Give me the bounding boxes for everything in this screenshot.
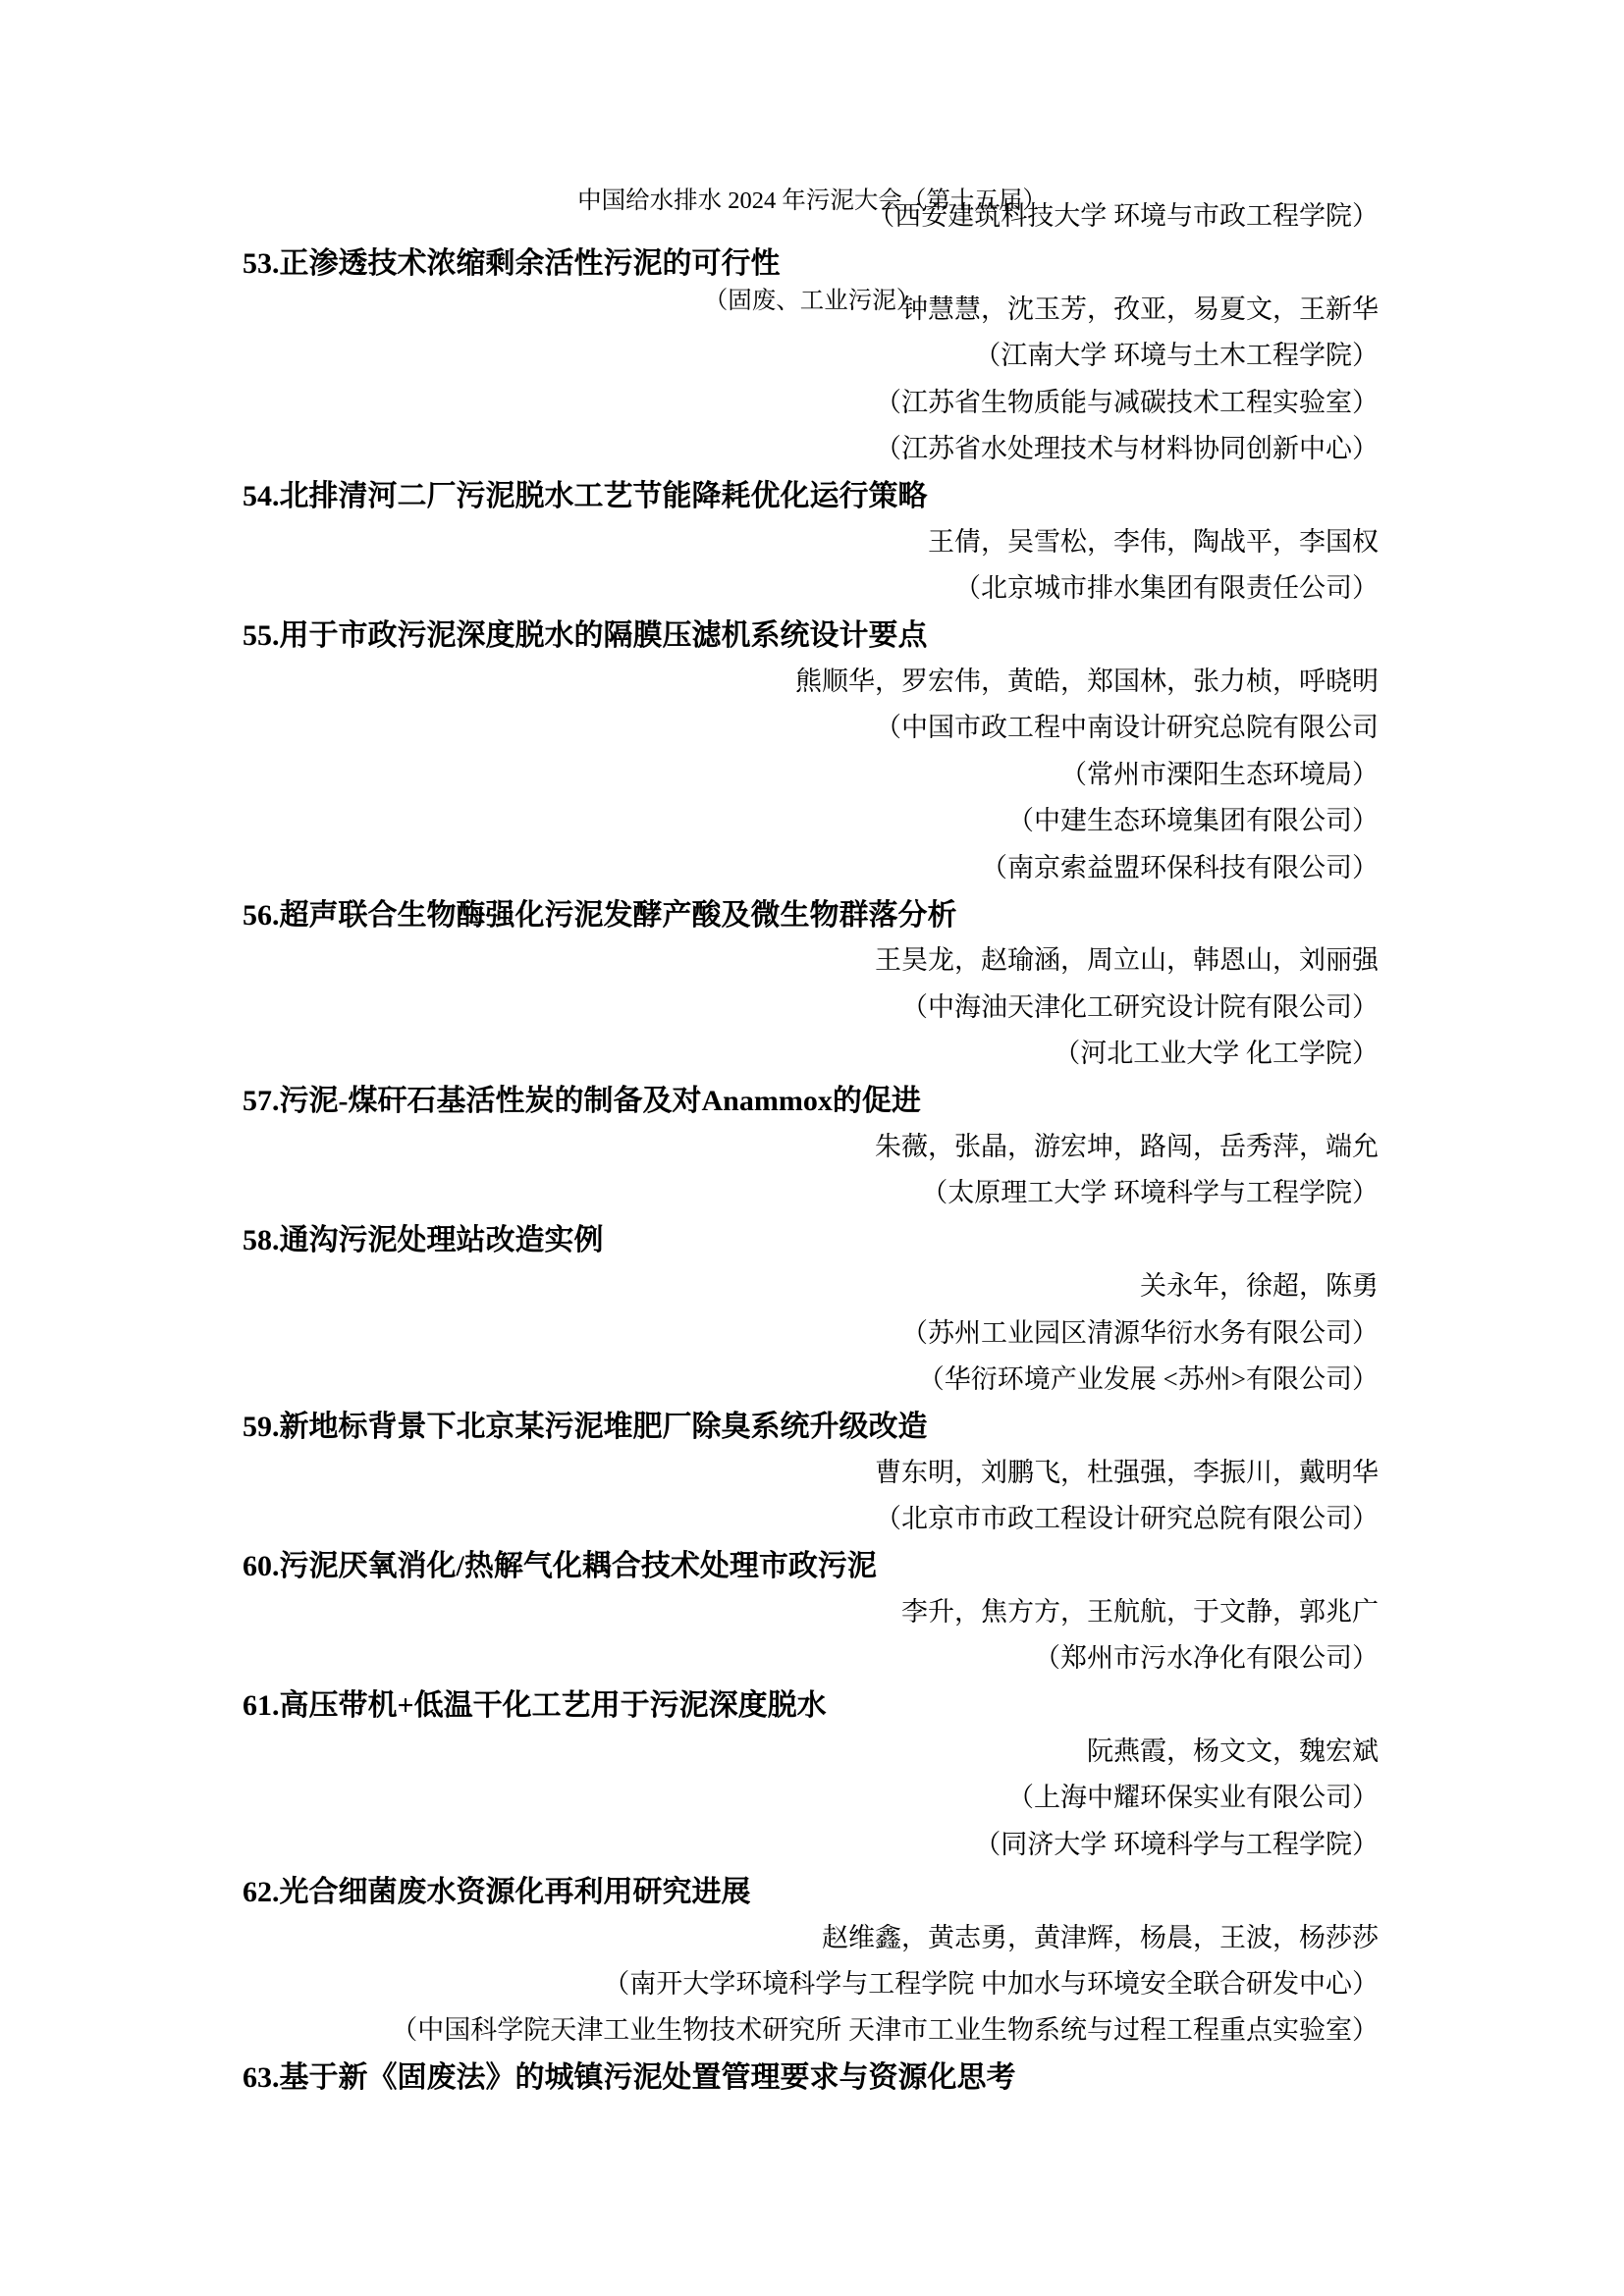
paper-affiliation-55-2: （常州市溧阳生态环境局）: [243, 749, 1379, 795]
paper-authors-54: 王倩，吴雪松，李伟，陶战平，李国权: [243, 516, 1379, 562]
paper-affiliation-53-2: （江苏省生物质能与减碳技术工程实验室）: [243, 377, 1379, 423]
paper-affiliation-55-1: （中国市政工程中南设计研究总院有限公司: [243, 702, 1379, 748]
paper-title-57: 57.污泥-煤矸石基活性炭的制备及对Anammox的促进: [243, 1074, 1379, 1120]
paper-title-55: 55.用于市政污泥深度脱水的隔膜压滤机系统设计要点: [243, 610, 1379, 656]
paper-title-60: 60.污泥厌氧消化/热解气化耦合技术处理市政污泥: [243, 1539, 1379, 1585]
paper-affiliation-55-3: （中建生态环境集团有限公司）: [243, 795, 1379, 841]
paper-authors-61: 阮燕霞，杨文文，魏宏斌: [243, 1726, 1379, 1772]
paper-authors-57: 朱薇，张晶，游宏坤，路闯，岳秀萍，端允: [243, 1121, 1379, 1167]
paper-affiliation-57-1: （太原理工大学 环境科学与工程学院）: [243, 1167, 1379, 1213]
paper-affiliation-58-1: （苏州工业园区清源华衍水务有限公司）: [243, 1307, 1379, 1353]
paper-list: （西安建筑科技大学 环境与市政工程学院） 53.正渗透技术浓缩剩余活性污泥的可行…: [243, 190, 1379, 2098]
paper-title-59: 59.新地标背景下北京某污泥堆肥厂除臭系统升级改造: [243, 1400, 1379, 1446]
paper-affiliation-59-1: （北京市市政工程设计研究总院有限公司）: [243, 1493, 1379, 1539]
paper-affiliation-62-1: （南开大学环境科学与工程学院 中加水与环境安全联合研发中心）: [243, 1958, 1379, 2004]
paper-authors-55: 熊顺华，罗宏伟，黄皓，郑国林，张力桢，呼晓明: [243, 656, 1379, 702]
document-page: 中国给水排水 2024 年污泥大会（第十五届） （固废、工业污泥） （西安建筑科…: [0, 0, 1624, 2296]
paper-authors-62: 赵维鑫，黄志勇，黄津辉，杨晨，王波，杨莎莎: [243, 1911, 1379, 1957]
paper-authors-59: 曹东明，刘鹏飞，杜强强，李振川，戴明华: [243, 1447, 1379, 1493]
paper-affiliation-54-1: （北京城市排水集团有限责任公司）: [243, 562, 1379, 609]
paper-affiliation-56-2: （河北工业大学 化工学院）: [243, 1028, 1379, 1074]
paper-affiliation-53-1: （江南大学 环境与土木工程学院）: [243, 330, 1379, 376]
paper-affiliation-62-2: （中国科学院天津工业生物技术研究所 天津市工业生物系统与过程工程重点实验室）: [243, 2004, 1379, 2051]
paper-authors-53: 钟慧慧，沈玉芳，孜亚，易夏文，王新华: [243, 284, 1379, 330]
paper-title-61: 61.高压带机+低温干化工艺用于污泥深度脱水: [243, 1680, 1379, 1726]
paper-title-56: 56.超声联合生物酶强化污泥发酵产酸及微生物群落分析: [243, 888, 1379, 934]
paper-affiliation-58-2: （华衍环境产业发展 <苏州>有限公司）: [243, 1354, 1379, 1400]
paper-affiliation-55-4: （南京索益盟环保科技有限公司）: [243, 841, 1379, 887]
paper-title-62: 62.光合细菌废水资源化再利用研究进展: [243, 1865, 1379, 1911]
paper-affiliation-60-1: （郑州市污水净化有限公司）: [243, 1632, 1379, 1679]
paper-title-58: 58.通沟污泥处理站改造实例: [243, 1214, 1379, 1260]
paper-authors-60: 李升，焦方方，王航航，于文静，郭兆广: [243, 1586, 1379, 1632]
paper-title-54: 54.北排清河二厂污泥脱水工艺节能降耗优化运行策略: [243, 469, 1379, 515]
paper-authors-56: 王昊龙，赵瑜涵，周立山，韩恩山，刘丽强: [243, 934, 1379, 981]
paper-affiliation-53-3: （江苏省水处理技术与材料协同创新中心）: [243, 423, 1379, 469]
paper-affiliation-61-1: （上海中耀环保实业有限公司）: [243, 1772, 1379, 1818]
paper-affiliation-61-2: （同济大学 环境科学与工程学院）: [243, 1819, 1379, 1865]
paper-affiliation-56-1: （中海油天津化工研究设计院有限公司）: [243, 982, 1379, 1028]
paper-title-53: 53.正渗透技术浓缩剩余活性污泥的可行性: [243, 237, 1379, 283]
carryover-affiliation: （西安建筑科技大学 环境与市政工程学院）: [243, 190, 1379, 237]
paper-authors-58: 关永年，徐超，陈勇: [243, 1260, 1379, 1307]
paper-title-63: 63.基于新《固废法》的城镇污泥处置管理要求与资源化思考: [243, 2052, 1379, 2098]
